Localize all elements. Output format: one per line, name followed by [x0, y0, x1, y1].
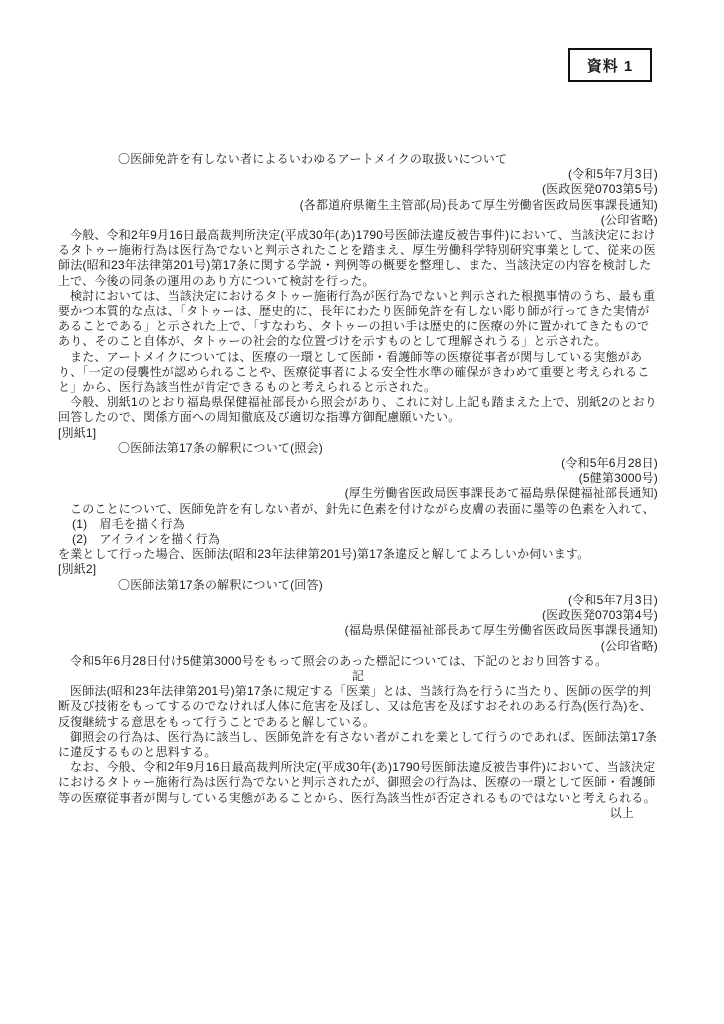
attachment2-intro: 令和5年6月28日付け5健第3000号をもって照会のあった標記については、下記の… — [58, 654, 658, 669]
document-page: 資料 1 〇医師免許を有しない者によるいわゆるアートメイクの取扱いについて (令… — [0, 0, 724, 1024]
notice-addressee: (各都道府県衛生主管部(局)長あて厚生労働省医政局医事課長通知) — [58, 198, 658, 213]
attachment1-addressee: (厚生労働省医政局医事課長あて福島県保健福祉部長通知) — [58, 486, 658, 501]
attachment1-doc-number: (5健第3000号) — [58, 471, 658, 486]
attachment2-doc-number: (医政医発0703第4号) — [58, 608, 658, 623]
attachment2-title: 〇医師法第17条の解釈について(回答) — [58, 578, 658, 593]
attachment1-list-item: (1) 眉毛を描く行為 — [58, 517, 658, 532]
notice-paragraph: 検討においては、当該決定におけるタトゥー施術行為が医行為でないと判示された根拠事… — [58, 289, 658, 350]
document-body: 〇医師免許を有しない者によるいわゆるアートメイクの取扱いについて (令和5年7月… — [58, 152, 658, 821]
notice-paragraph: 今般、別紙1のとおり福島県保健福祉部長から照会があり、これに対し上記も踏まえた上… — [58, 395, 658, 425]
attachment2-seal-note: (公印省略) — [58, 639, 658, 654]
attachment2-date: (令和5年7月3日) — [58, 593, 658, 608]
notice-doc-number: (医政医発0703第5号) — [58, 182, 658, 197]
attachment1-title: 〇医師法第17条の解釈について(照会) — [58, 441, 658, 456]
notice-date: (令和5年7月3日) — [58, 167, 658, 182]
attachment1-list-item: (2) アイラインを描く行為 — [58, 532, 658, 547]
notice-seal-note: (公印省略) — [58, 213, 658, 228]
notice-title: 〇医師免許を有しない者によるいわゆるアートメイクの取扱いについて — [58, 152, 658, 167]
attachment2-paragraph: 医師法(昭和23年法律第201号)第17条に規定する「医業」とは、当該行為を行う… — [58, 684, 658, 730]
record-marker: 記 — [58, 669, 658, 684]
attachment1-closing: を業として行った場合、医師法(昭和23年法律第201号)第17条違反と解してよろ… — [58, 547, 658, 562]
attachment2-paragraph: なお、今般、令和2年9月16日最高裁判所決定(平成30年(あ)1790号医師法違… — [58, 760, 658, 806]
attachment1-intro: このことについて、医師免許を有しない者が、針先に色素を付けながら皮膚の表面に墨等… — [58, 502, 658, 517]
notice-paragraph: また、アートメイクについては、医療の一環として医師・看護師等の医療従事者が関与し… — [58, 350, 658, 396]
attachment2-addressee: (福島県保健福祉部長あて厚生労働省医政局医事課長通知) — [58, 623, 658, 638]
attachment1-date: (令和5年6月28日) — [58, 456, 658, 471]
reference-label: 資料 1 — [587, 55, 634, 76]
attachment2-paragraph: 御照会の行為は、医行為に該当し、医師免許を有さない者がこれを業として行うのであれ… — [58, 730, 658, 760]
closing-marker: 以上 — [58, 806, 658, 821]
notice-paragraph: 今般、令和2年9月16日最高裁判所決定(平成30年(あ)1790号医師法違反被告… — [58, 228, 658, 289]
attachment2-label: [別紙2] — [58, 562, 658, 577]
attachment1-label: [別紙1] — [58, 426, 658, 441]
reference-label-box: 資料 1 — [568, 48, 652, 82]
